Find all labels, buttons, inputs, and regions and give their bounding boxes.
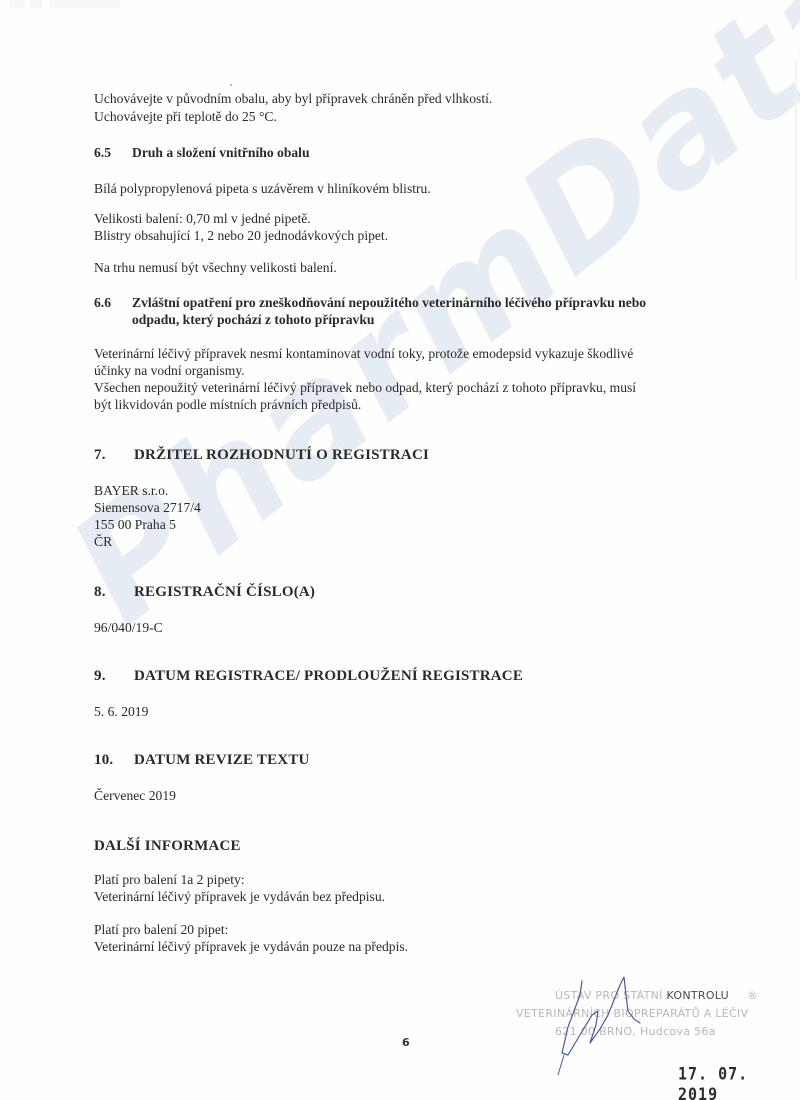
further-info-heading: DALŠÍ INFORMACE: [94, 838, 241, 854]
stamp-date: 17. 07. 2019: [678, 1063, 770, 1100]
info-line: Platí pro balení 1a 2 pipety:: [94, 872, 245, 888]
holder-street: Siemensova 2717/4: [94, 500, 201, 516]
scan-speck: [230, 84, 232, 86]
paragraph: Na trhu nemusí být všechny velikosti bal…: [94, 260, 337, 276]
holder-country: ČR: [94, 534, 112, 550]
paragraph: účinky na vodní organismy.: [94, 363, 245, 379]
holder-name: BAYER s.r.o.: [94, 483, 168, 499]
section-title: DATUM REVIZE TEXTU: [134, 752, 310, 768]
scan-edge: [795, 60, 797, 280]
info-line: Platí pro balení 20 pipet:: [94, 922, 228, 938]
revision-date: Červenec 2019: [94, 788, 176, 804]
paragraph: Všechen nepoužitý veterinární léčivý pří…: [94, 380, 636, 396]
scan-artifact: [50, 0, 120, 8]
paragraph: Veterinární léčivý přípravek nesmí konta…: [94, 346, 633, 362]
scan-artifact: [30, 0, 42, 8]
paragraph: Blistry obsahující 1, 2 nebo 20 jednodáv…: [94, 228, 388, 244]
section-heading-7: 7.DRŽITEL ROZHODNUTÍ O REGISTRACI: [94, 447, 429, 463]
section-number: 6.5: [94, 145, 132, 161]
section-title: Zvláštní opatření pro zneškodňování nepo…: [132, 295, 646, 310]
registration-number: 96/040/19-C: [94, 620, 163, 636]
section-title: Druh a složení vnitřního obalu: [132, 145, 310, 160]
section-number: 9.: [94, 668, 134, 684]
section-heading-6-6: 6.6Zvláštní opatření pro zneškodňování n…: [94, 295, 646, 311]
section-number: 7.: [94, 447, 134, 463]
paragraph: být likvidován podle místních právních p…: [94, 397, 361, 413]
section-number: 6.6: [94, 295, 132, 311]
approval-stamp: ÚSTAV PRO STÁTNÍ KONTROLU ® VETERINÁRNÍC…: [510, 975, 770, 1085]
holder-city: 155 00 Praha 5: [94, 517, 176, 533]
section-heading-8: 8.REGISTRAČNÍ ČÍSLO(A): [94, 584, 315, 600]
page-number: 6: [402, 1036, 410, 1049]
section-title: DATUM REGISTRACE/ PRODLOUŽENÍ REGISTRACE: [134, 668, 523, 684]
registration-date: 5. 6. 2019: [94, 704, 148, 720]
info-line: Veterinární léčivý přípravek je vydáván …: [94, 889, 385, 905]
paragraph: Bílá polypropylenová pipeta s uzávěrem v…: [94, 181, 431, 197]
info-line: Veterinární léčivý přípravek je vydáván …: [94, 939, 408, 955]
section-heading-6-5: 6.5Druh a složení vnitřního obalu: [94, 145, 310, 161]
section-title: DRŽITEL ROZHODNUTÍ O REGISTRACI: [134, 447, 429, 463]
section-title-continued: odpadu, který pochází z tohoto přípravku: [132, 312, 374, 328]
paragraph: Velikosti balení: 0,70 ml v jedné pipetě…: [94, 211, 311, 227]
scan-artifact: [10, 0, 25, 8]
section-heading-10: 10.DATUM REVIZE TEXTU: [94, 752, 310, 768]
storage-text: Uchovávejte při teplotě do 25 °C.: [94, 109, 277, 125]
section-title: REGISTRAČNÍ ČÍSLO(A): [134, 584, 315, 600]
section-heading-9: 9.DATUM REGISTRACE/ PRODLOUŽENÍ REGISTRA…: [94, 668, 523, 684]
section-number: 8.: [94, 584, 134, 600]
section-number: 10.: [94, 752, 134, 768]
storage-text: Uchovávejte v původním obalu, aby byl př…: [94, 91, 492, 107]
